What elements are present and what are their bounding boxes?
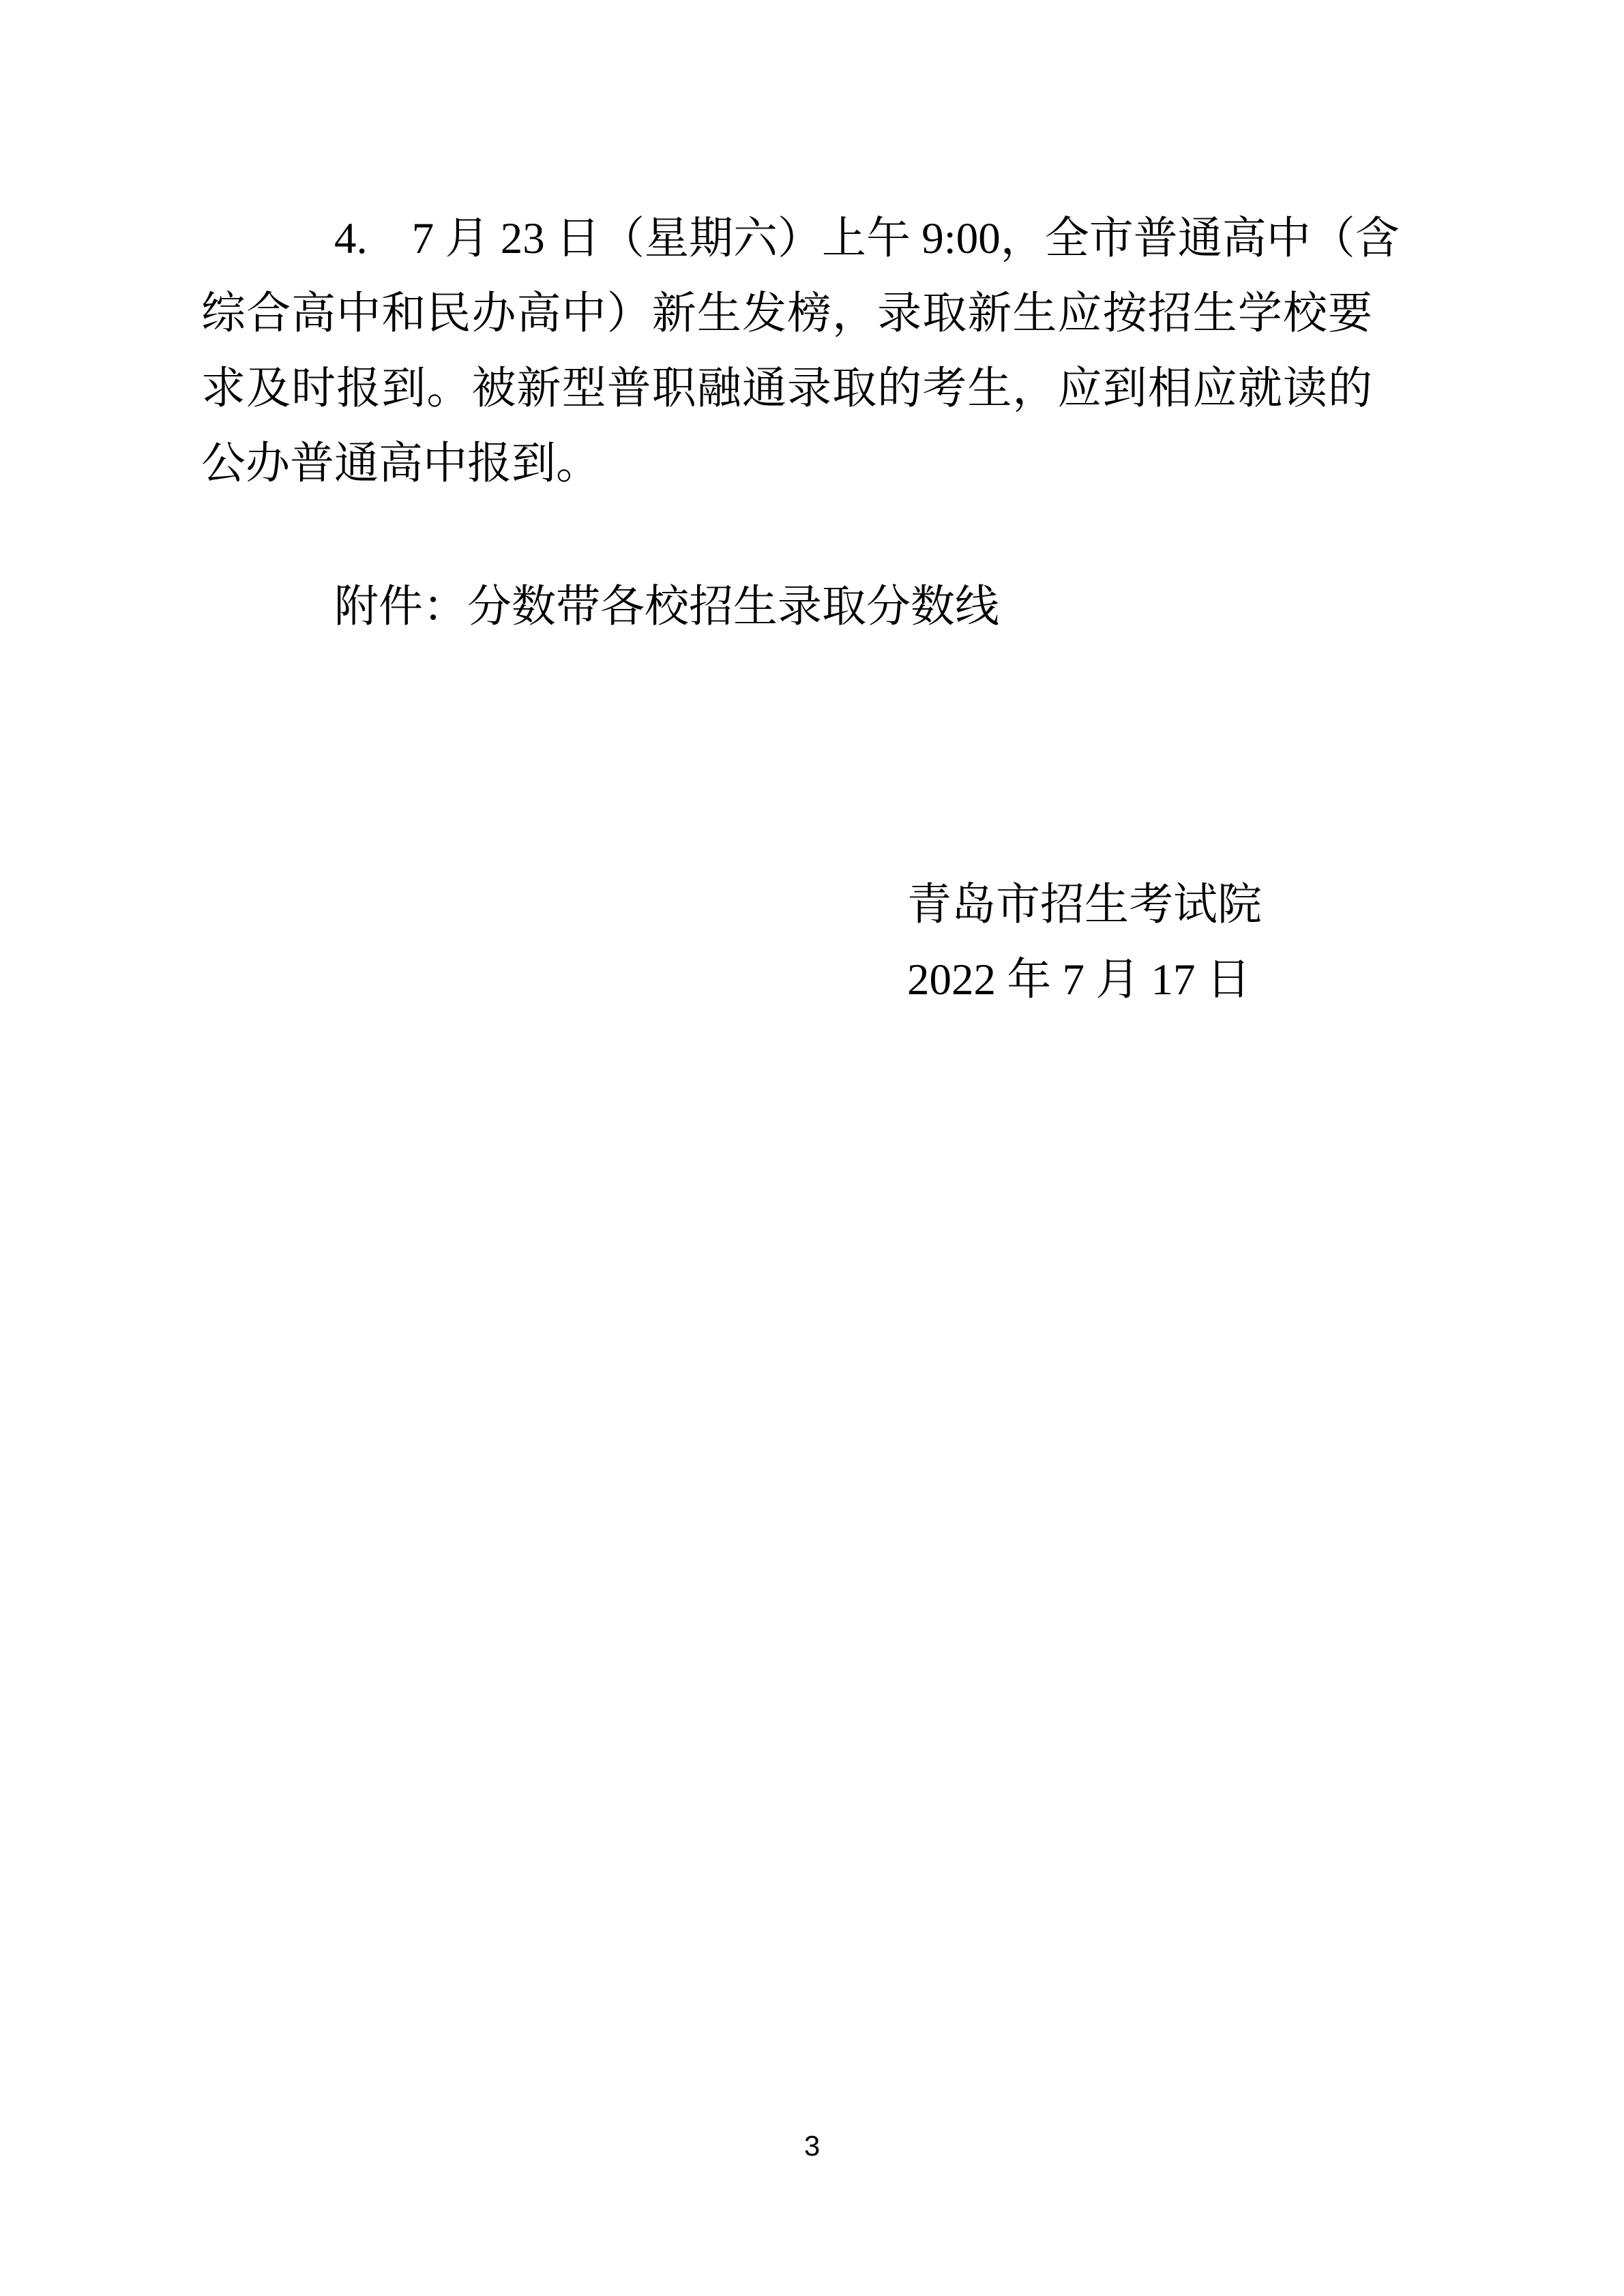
paragraph-line-1: 4. 7 月 23 日（星期六）上午 9:00，全市普通高中（含 [201,201,1372,276]
document-page: 4. 7 月 23 日（星期六）上午 9:00，全市普通高中（含 综合高中和民办… [0,0,1624,2296]
signature-block: 青岛市招生考试院 2022 年 7 月 17 日 [907,867,1262,1017]
paragraph-line-3: 求及时报到。被新型普职融通录取的考生，应到相应就读的 [201,351,1372,426]
paragraph-line-4: 公办普通高中报到。 [201,426,1372,501]
issue-date: 2022 年 7 月 17 日 [907,942,1262,1017]
issuer-signature: 青岛市招生考试院 [907,867,1262,942]
page-number: 3 [0,2132,1624,2160]
attachment-note: 附件：分数带各校招生录取分数线 [201,569,999,644]
paragraph-item-4: 4. 7 月 23 日（星期六）上午 9:00，全市普通高中（含 综合高中和民办… [201,201,1372,501]
paragraph-line-2: 综合高中和民办高中）新生发榜，录取新生应按招生学校要 [201,276,1372,351]
